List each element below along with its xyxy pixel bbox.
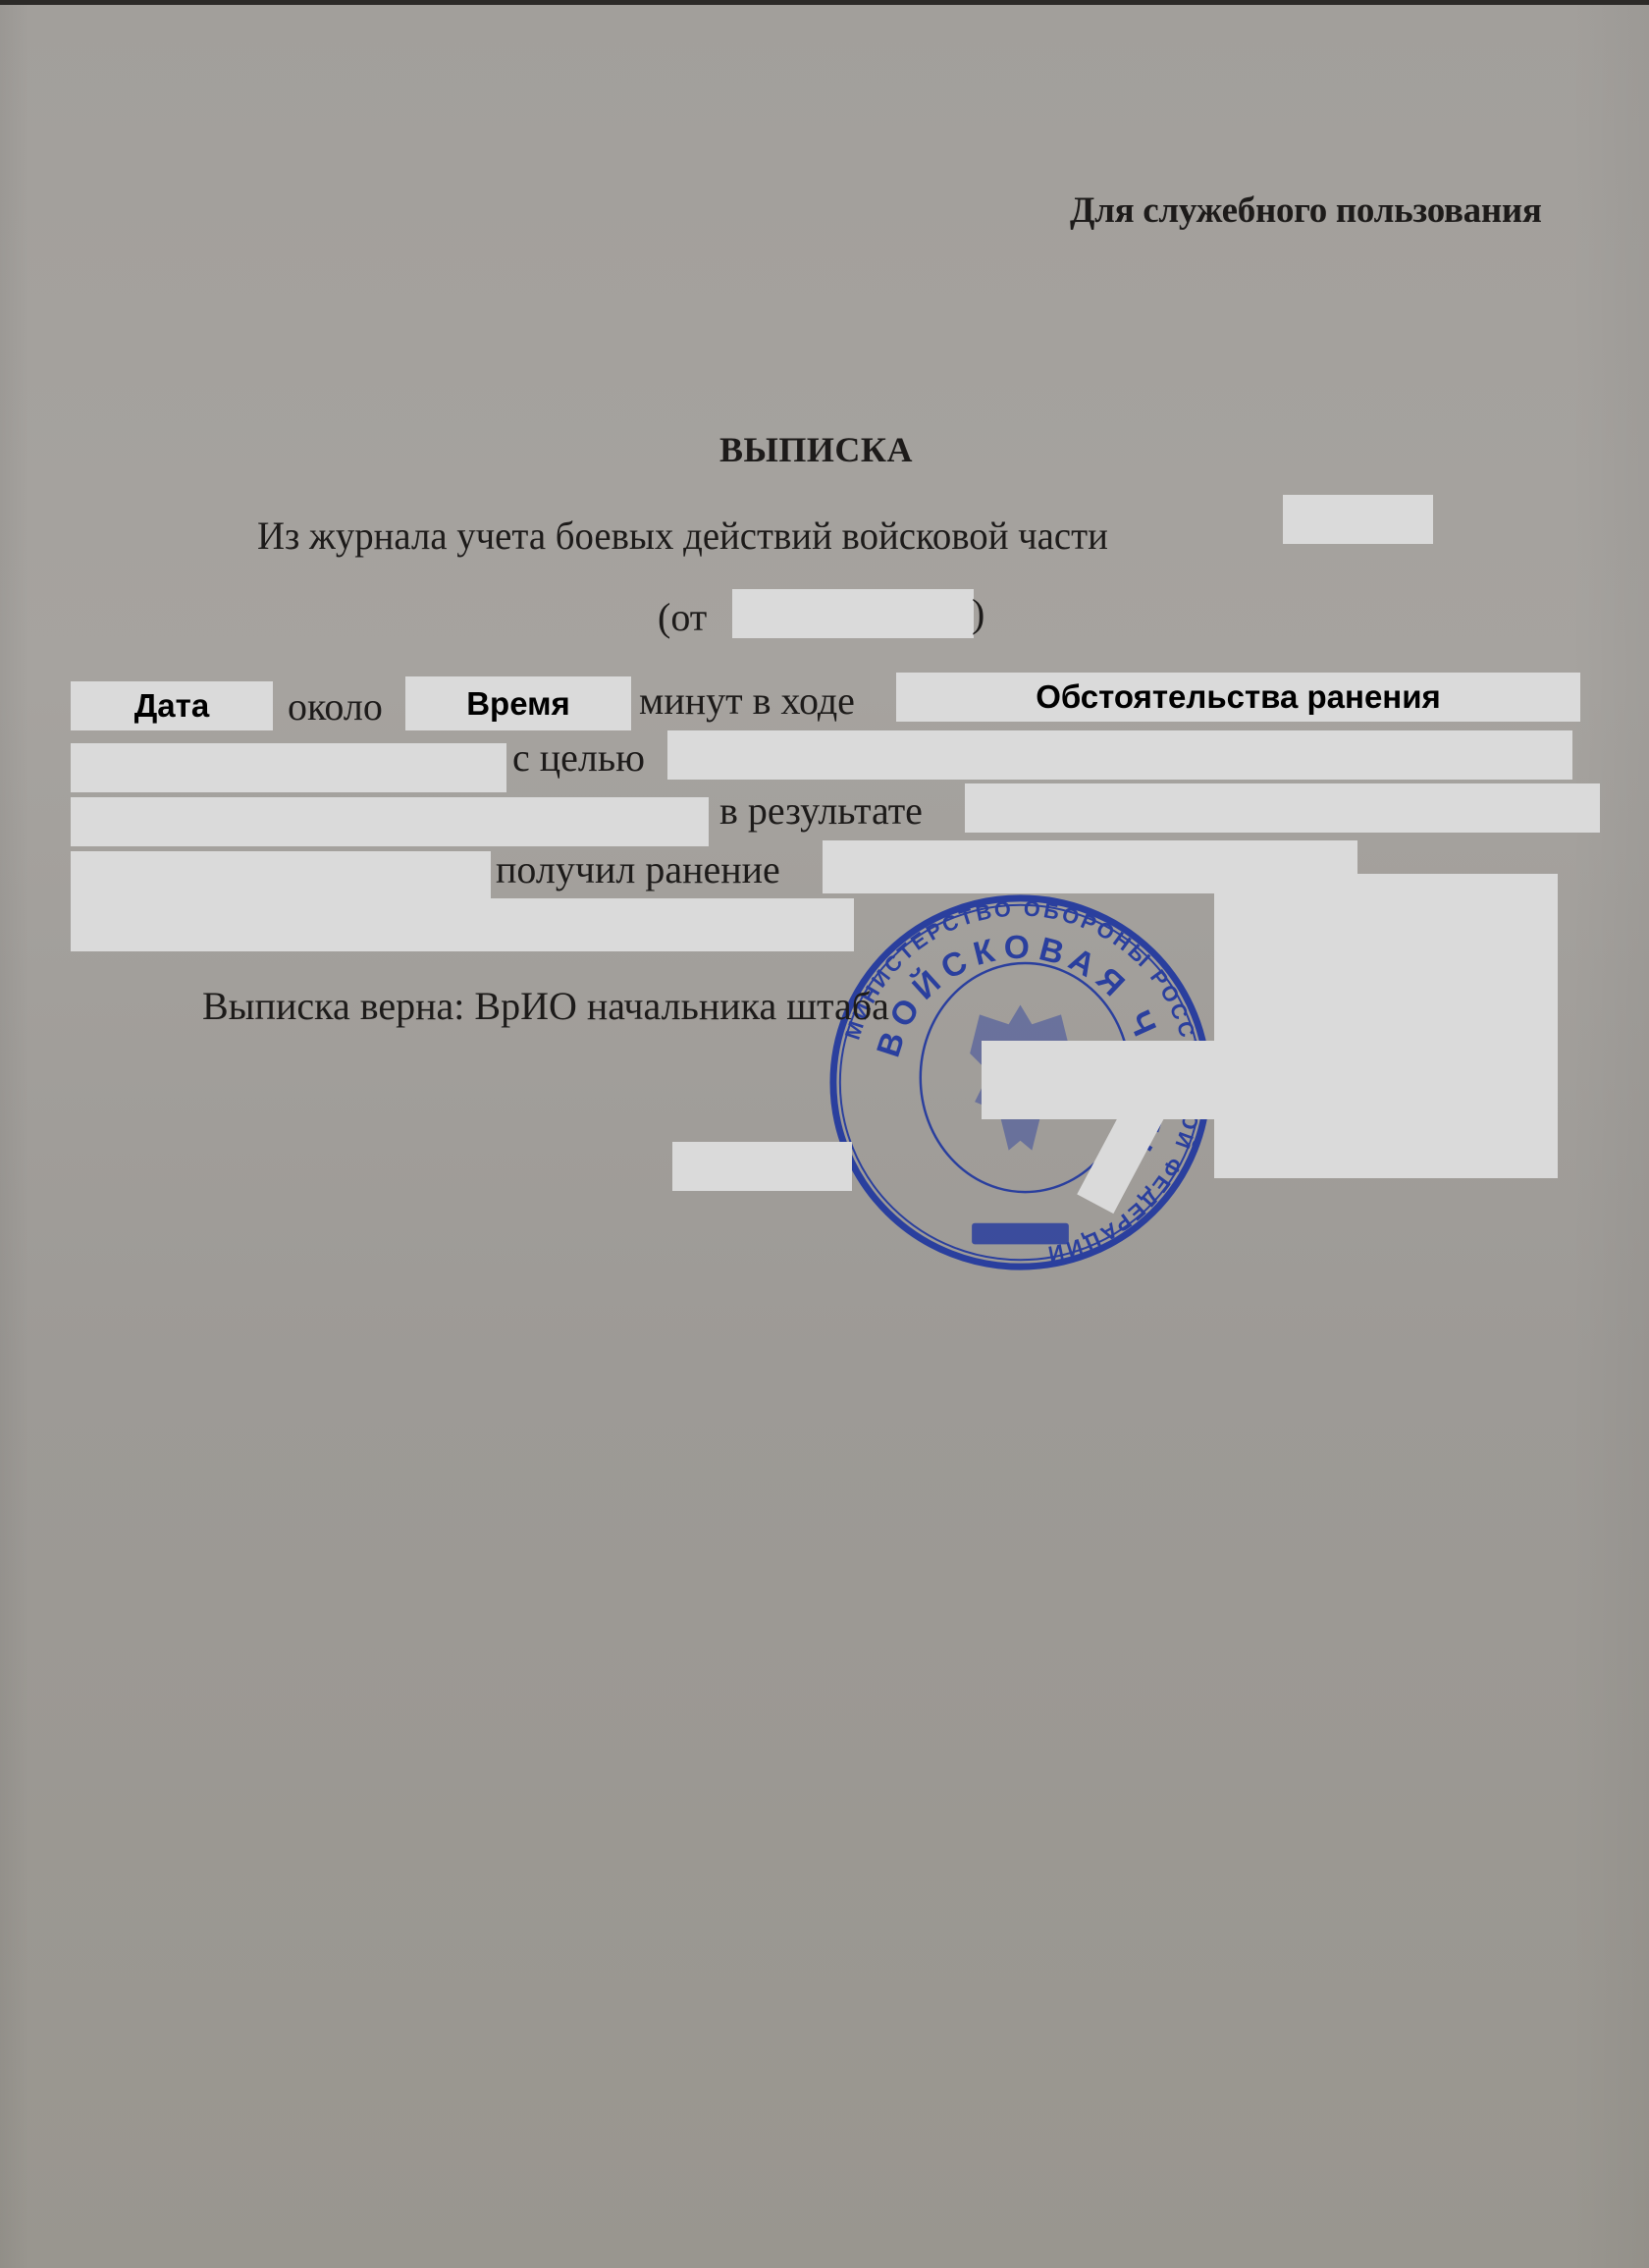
verification-text: Выписка верна: ВрИО начальника штаба: [202, 987, 889, 1026]
photo-top-edge: [0, 0, 1649, 5]
circumstances-redaction: Обстоятельства ранения: [896, 673, 1580, 722]
redacted-line4-left: [71, 851, 491, 898]
document-subtitle: Из журнала учета боевых действий войсков…: [257, 516, 1108, 556]
text-purpose: с целью: [512, 738, 645, 778]
date-redaction: Дата: [71, 681, 273, 730]
circumstances-label: Обстоятельства ранения: [1036, 678, 1441, 716]
text-as-result: в результате: [719, 791, 923, 831]
redacted-officer-name: [982, 1041, 1214, 1119]
redacted-line5: [71, 898, 854, 951]
text-received-wound: получил ранение: [496, 850, 780, 890]
redacted-journal-date: [732, 589, 974, 638]
redacted-line3-right: [965, 783, 1600, 833]
date-label: Дата: [134, 687, 209, 725]
classification-marking: Для служебного пользования: [1070, 192, 1542, 229]
from-date-suffix: ): [972, 594, 984, 633]
text-minutes-in-course: минут в ходе: [639, 681, 855, 721]
from-date-prefix: (от: [658, 598, 707, 637]
redacted-line2-right: [667, 730, 1572, 780]
redacted-signature-block: [1214, 874, 1558, 1178]
redacted-line3-left: [71, 797, 709, 846]
redacted-line2-left: [71, 743, 506, 792]
time-redaction: Время: [405, 676, 631, 730]
redacted-rank: [672, 1142, 852, 1191]
text-near: около: [288, 687, 383, 727]
document-title: ВЫПИСКА: [719, 432, 913, 467]
time-label: Время: [466, 685, 570, 723]
redacted-unit-number: [1283, 495, 1433, 544]
